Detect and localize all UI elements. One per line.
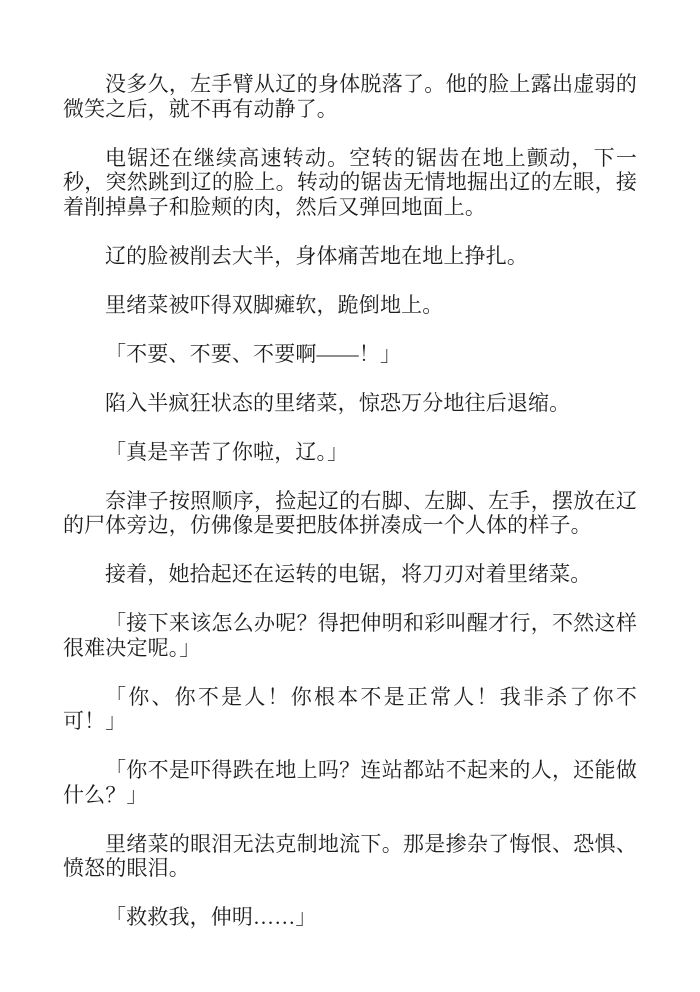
paragraph: 电锯还在继续高速转动。空转的锯齿在地上颤动，下一秒，突然跳到辽的脸上。转动的锯齿… — [63, 146, 637, 220]
paragraph: 「你、你不是人！你根本不是正常人！我非杀了你不可！」 — [63, 685, 637, 734]
paragraph: 「接下来该怎么办呢？得把伸明和彩叫醒才行，不然这样很难决定呢。」 — [63, 611, 637, 660]
paragraph: 「你不是吓得跌在地上吗？连站都站不起来的人，还能做什么？」 — [63, 758, 637, 807]
paragraph: 辽的脸被削去大半，身体痛苦地在地上挣扎。 — [63, 244, 637, 269]
text-column: 没多久，左手臂从辽的身体脱落了。他的脸上露出虚弱的微笑之后，就不再有动静了。电锯… — [63, 72, 637, 930]
paragraph: 陷入半疯狂状态的里绪菜，惊恐万分地往后退缩。 — [63, 391, 637, 416]
paragraph: 里绪菜的眼泪无法克制地流下。那是掺杂了悔恨、恐惧、愤怒的眼泪。 — [63, 832, 637, 881]
paragraph: 「真是辛苦了你啦，辽。」 — [63, 440, 637, 465]
paragraph: 奈津子按照顺序，捡起辽的右脚、左脚、左手，摆放在辽的尸体旁边，仿佛像是要把肢体拼… — [63, 489, 637, 538]
paragraph: 里绪菜被吓得双脚瘫软，跪倒地上。 — [63, 293, 637, 318]
paragraph: 接着，她拾起还在运转的电锯，将刀刃对着里绪菜。 — [63, 562, 637, 587]
paragraph: 「救救我，伸明……」 — [63, 905, 637, 930]
reader-page: 没多久，左手臂从辽的身体脱落了。他的脸上露出虚弱的微笑之后，就不再有动静了。电锯… — [0, 0, 700, 992]
paragraph: 没多久，左手臂从辽的身体脱落了。他的脸上露出虚弱的微笑之后，就不再有动静了。 — [63, 72, 637, 121]
paragraph: 「不要、不要、不要啊——！」 — [63, 342, 637, 367]
